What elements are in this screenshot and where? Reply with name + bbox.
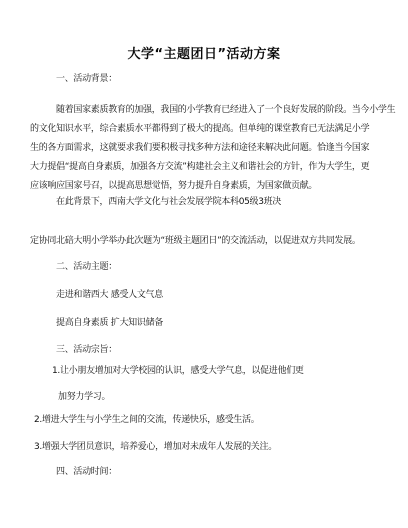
paragraph-line: 生的各方面需求，这就要求我们要积极寻找多种方法和途径来解决此问题。恰逢当今国家 bbox=[30, 142, 369, 154]
section-heading-purpose: 三、活动宗旨： bbox=[56, 344, 117, 356]
section-heading-theme: 二、活动主题： bbox=[56, 261, 117, 273]
paragraph-line: 大力提倡“提高自身素质，加强各方交流”构建社会主义和谐社会的方针，作为大学生，更 bbox=[30, 161, 369, 173]
list-item: 1.让小朋友增加对大学校园的认识，感受大学气息，以促进他们更 bbox=[52, 365, 304, 377]
page-title: 大学“主题团日”活动方案 bbox=[0, 43, 408, 62]
document-page: 大学“主题团日”活动方案 一、活动背景： 随着国家素质教育的加强，我国的小学教育… bbox=[0, 0, 408, 528]
paragraph-line: 的文化知识水平，综合素质水平都得到了极大的提高。但单纯的课堂教育已无法满足小学 bbox=[30, 123, 369, 135]
list-item: 2.增进大学生与小学生之间的交流，传递快乐，感受生活。 bbox=[34, 414, 260, 426]
paragraph-line: 定协同北碚大明小学举办此次题为“班级主题团日”的交流活动，以促进双方共同发展。 bbox=[30, 235, 361, 247]
section-heading-background: 一、活动背景： bbox=[56, 73, 117, 85]
theme-line: 走进和谐西大 感受人文气息 bbox=[56, 289, 163, 301]
list-item-continuation: 加努力学习。 bbox=[58, 391, 110, 403]
paragraph-line: 应该响应国家号召，以提高思想觉悟，努力提升自身素质，为国家做贡献。 bbox=[30, 180, 317, 192]
section-heading-time: 四、活动时间： bbox=[56, 466, 117, 478]
list-item: 3.增强大学团员意识，培养爱心，增加对未成年人发展的关注。 bbox=[34, 441, 277, 453]
paragraph-line: 随着国家素质教育的加强，我国的小学教育已经进入了一个良好发展的阶段。当今小学生 bbox=[56, 104, 395, 116]
theme-line: 提高自身素质 扩大知识储备 bbox=[56, 317, 163, 329]
paragraph-line: 在此背景下，西南大学文化与社会发展学院本科05级3班决 bbox=[56, 196, 281, 208]
